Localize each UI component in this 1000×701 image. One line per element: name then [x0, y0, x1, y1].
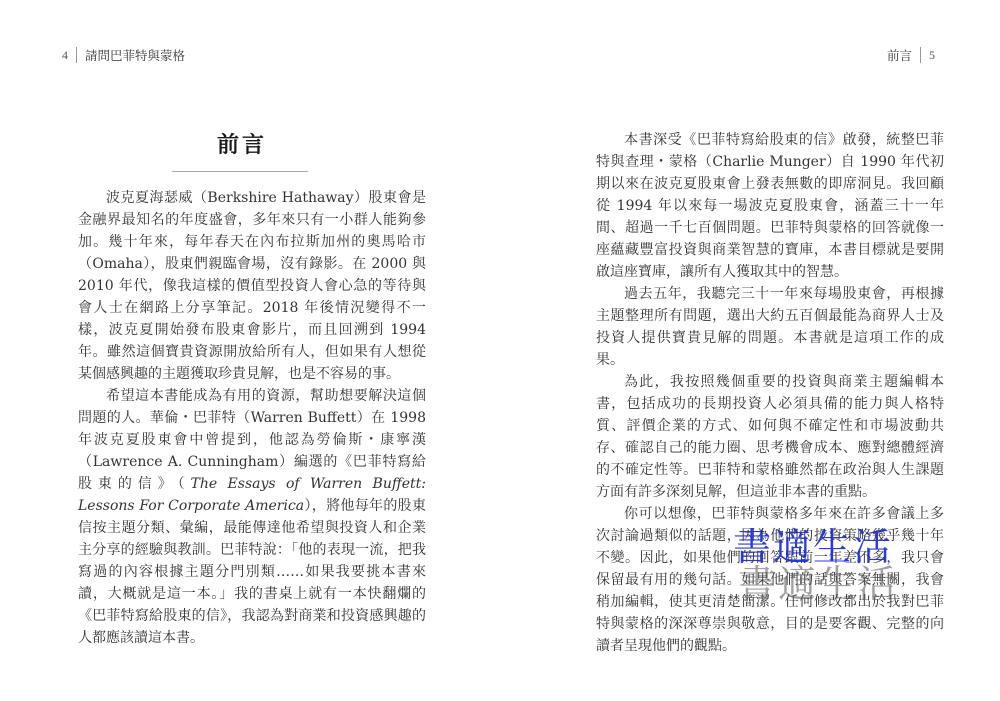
paragraph: 你可以想像，巴菲特與蒙格多年來在許多會議上多次討論過類似的話題，因為他們的投資策…: [596, 503, 944, 657]
book-title: 請問巴菲特與蒙格: [85, 46, 185, 64]
running-head-left: 4 請問巴菲特與蒙格: [62, 47, 185, 63]
body-text-left: 波克夏海瑟威（Berkshire Hathaway）股東會是金融界最知名的年度盛…: [78, 187, 426, 649]
paragraph: 過去五年，我聽完三十一年來每場股東會，再根據主題整理所有問題，選出大約五百個最能…: [596, 283, 944, 371]
right-page: 前言 5 本書深受《巴菲特寫給股東的信》啟發，統整巴菲特與查理・蒙格（Charl…: [500, 0, 1000, 701]
title-rule: [172, 171, 308, 172]
paragraph: 為此，我按照幾個重要的投資與商業主題編輯本書，包括成功的長期投資人必須具備的能力…: [596, 371, 944, 503]
divider: [920, 47, 921, 63]
left-page: 4 請問巴菲特與蒙格 前言 波克夏海瑟威（Berkshire Hathaway）…: [0, 0, 500, 701]
paragraph: 波克夏海瑟威（Berkshire Hathaway）股東會是金融界最知名的年度盛…: [78, 187, 426, 385]
chapter-title: 前言: [0, 128, 484, 159]
page-number: 5: [929, 48, 935, 63]
paragraph: 本書深受《巴菲特寫給股東的信》啟發，統整巴菲特與查理・蒙格（Charlie Mu…: [596, 129, 944, 283]
running-head-right: 前言 5: [887, 47, 935, 63]
chapter-name: 前言: [887, 46, 912, 64]
paragraph: 希望這本書能成為有用的資源，幫助想要解決這個問題的人。華倫・巴菲特（Warren…: [78, 385, 426, 649]
page-number: 4: [62, 48, 68, 63]
divider: [76, 47, 77, 63]
body-text-right: 本書深受《巴菲特寫給股東的信》啟發，統整巴菲特與查理・蒙格（Charlie Mu…: [596, 129, 944, 657]
